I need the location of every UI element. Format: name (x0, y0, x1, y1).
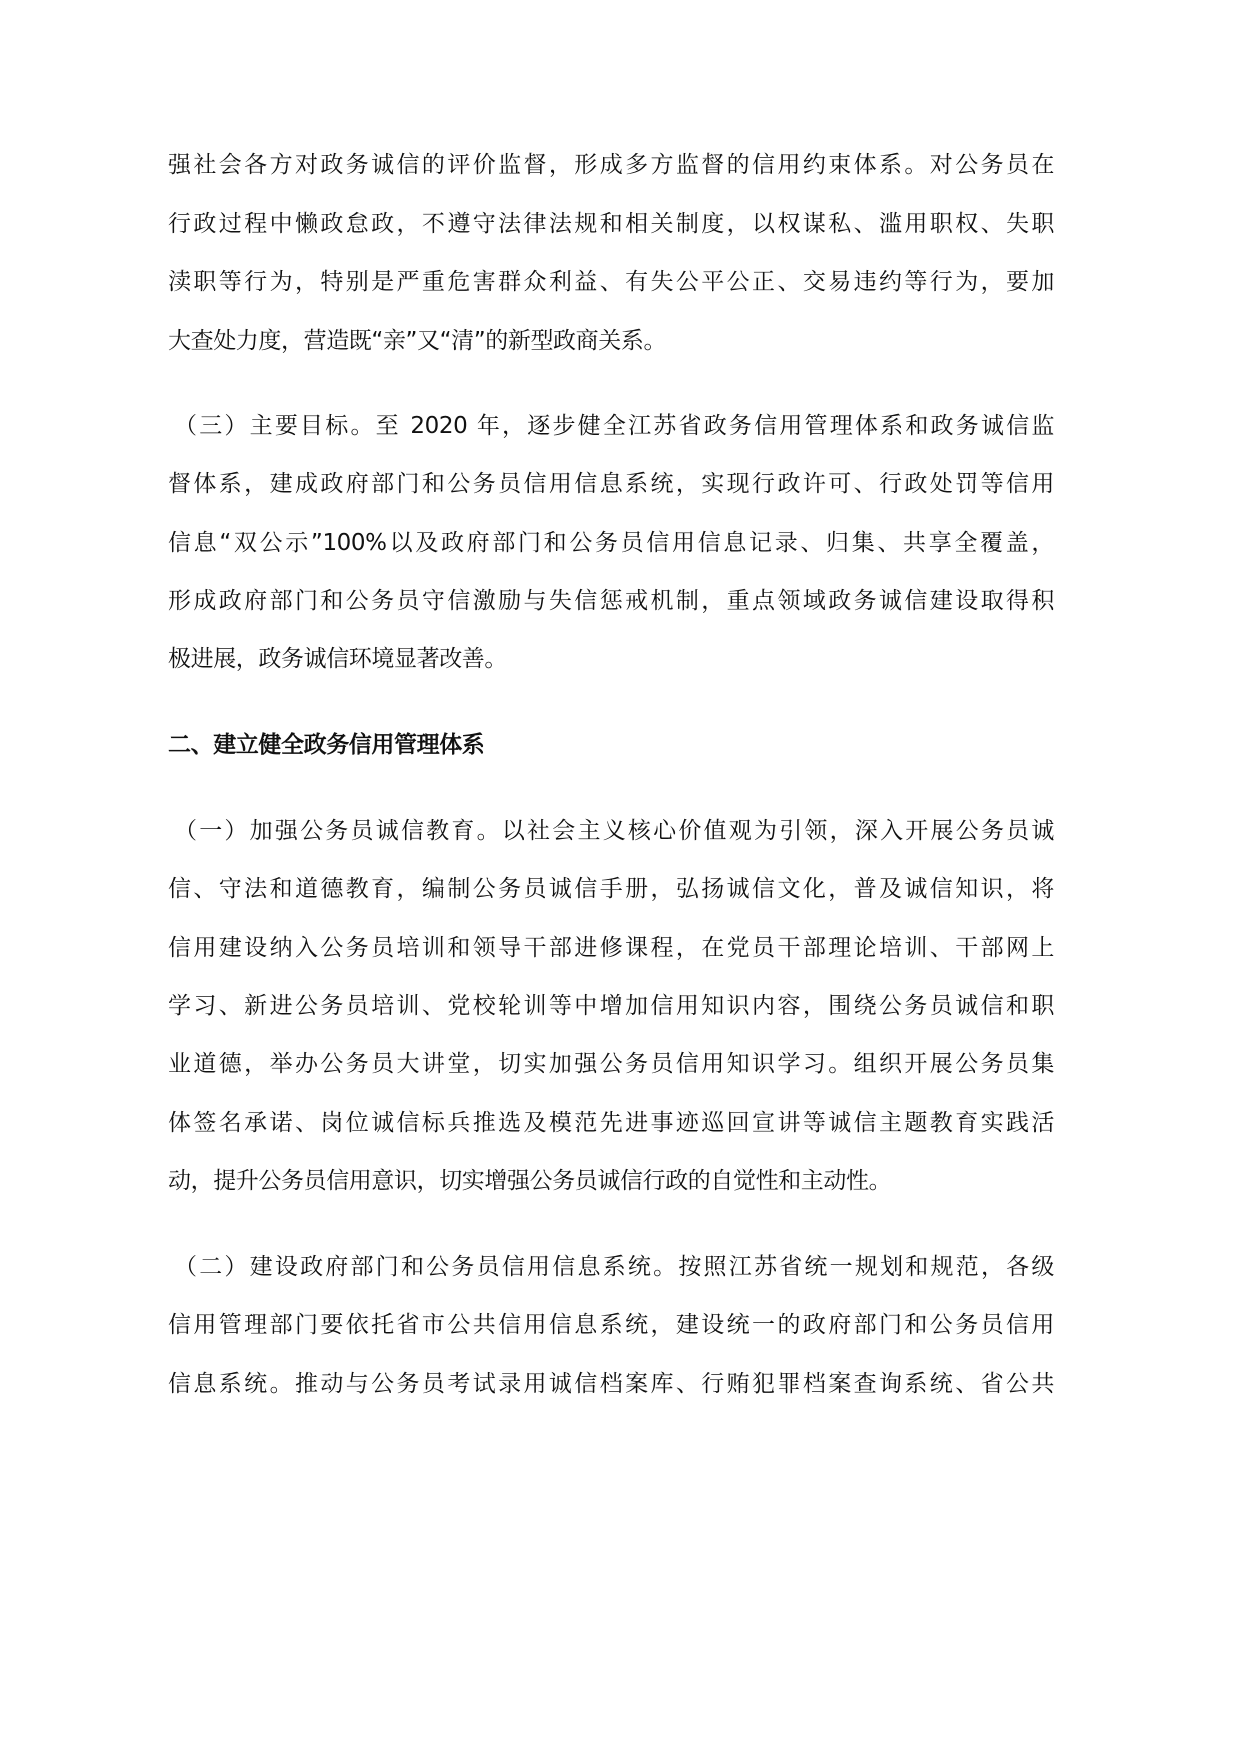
text-line: （二）建设政府部门和公务员信用信息系统。按照江苏省统一规划和规范，各级 (168, 1252, 1054, 1282)
text-line: 信息系统。推动与公务员考试录用诚信档案库、行贿犯罪档案查询系统、省公共 (168, 1369, 1054, 1399)
text-line: 业道德，举办公务员大讲堂，切实加强公务员信用知识学习。组织开展公务员集 (168, 1049, 1054, 1079)
text-line: 信用建设纳入公务员培训和领导干部进修课程，在党员干部理论培训、干部网上 (168, 933, 1054, 963)
text-line: 信用管理部门要依托省市公共信用信息系统，建设统一的政府部门和公务员信用 (168, 1310, 1054, 1340)
text-line: 信息“双公示”100%以及政府部门和公务员信用信息记录、归集、共享全覆盖， (168, 528, 1054, 558)
text-line: （一）加强公务员诚信教育。以社会主义核心价值观为引领，深入开展公务员诚 (168, 816, 1054, 846)
text-line: 学习、新进公务员培训、党校轮训等中增加信用知识内容，围绕公务员诚信和职 (168, 991, 1054, 1021)
text-line: 督体系，建成政府部门和公务员信用信息系统，实现行政许可、行政处罚等信用 (168, 469, 1054, 499)
text-line: 动，提升公务员信用意识，切实增强公务员诚信行政的自觉性和主动性。 (168, 1166, 1054, 1196)
text-line: 信、守法和道德教育，编制公务员诚信手册，弘扬诚信文化，普及诚信知识，将 (168, 874, 1054, 904)
text-line: 体签名承诺、岗位诚信标兵推选及模范先进事迹巡回宣讲等诚信主题教育实践活 (168, 1108, 1054, 1138)
section-heading: 二、建立健全政务信用管理体系 (168, 730, 1054, 760)
text-line: 大查处力度，营造既“亲”又“清”的新型政商关系。 (168, 326, 1054, 356)
text-line: 强社会各方对政务诚信的评价监督，形成多方监督的信用约束体系。对公务员在 (168, 150, 1054, 180)
text-line: 形成政府部门和公务员守信激励与失信惩戒机制，重点领域政务诚信建设取得积 (168, 586, 1054, 616)
text-line: 行政过程中懒政怠政，不遵守法律法规和相关制度，以权谋私、滥用职权、失职 (168, 209, 1054, 239)
text-line: 极进展，政务诚信环境显著改善。 (168, 644, 1054, 674)
text-line: 渎职等行为，特别是严重危害群众利益、有失公平公正、交易违约等行为，要加 (168, 267, 1054, 297)
text-line: （三）主要目标。至 2020 年，逐步健全江苏省政务信用管理体系和政务诚信监 (168, 411, 1054, 441)
